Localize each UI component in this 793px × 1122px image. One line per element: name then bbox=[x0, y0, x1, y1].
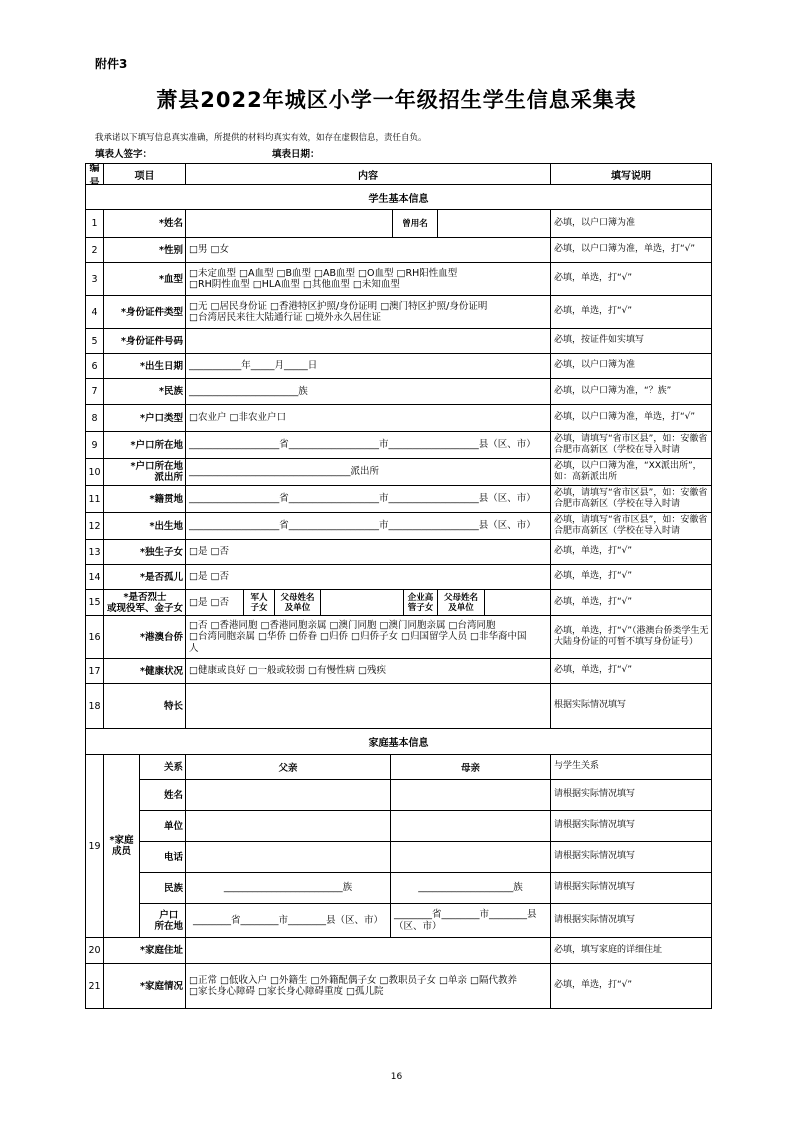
family-hukou-label: 户口 所在地 bbox=[140, 904, 186, 938]
r12-note-text: 必填，请填写“省市区县”，如：安徽省合肥市高新区（学校在导入时请 bbox=[554, 515, 709, 538]
section-student-row: 学生基本信息 bbox=[86, 185, 712, 210]
family-relation-label-text: 关系 bbox=[164, 762, 183, 773]
r17-label-text: *健康状况 bbox=[140, 666, 183, 677]
col-header-note: 填写说明 bbox=[551, 164, 712, 185]
row-8: 8 *户口类型 □农业户 □非农业户口 必填，以户口簿为准，单选，打“√” bbox=[86, 405, 712, 432]
r8-no-text: 8 bbox=[91, 413, 97, 424]
family-unit-label: 单位 bbox=[140, 811, 186, 842]
r10-no-text: 10 bbox=[88, 467, 100, 478]
r4-note: 必填，单选，打“√” bbox=[551, 296, 712, 329]
family-ethnic-note-text: 请根据实际情况填写 bbox=[554, 882, 709, 894]
r21-content: □正常 □低收入户 □外籍生 □外籍配偶子女 □教职员子女 □单亲 □隔代教养 … bbox=[186, 964, 551, 1009]
r14-orphan-options: □是 □否 bbox=[189, 571, 229, 583]
family-ethnic-mother-field: ____________________族 bbox=[391, 873, 551, 904]
r15-military-parent-label: 父母姓名 及单位 bbox=[274, 590, 321, 615]
col-header-content: 内容 bbox=[186, 164, 551, 185]
r9-label: *户口所在地 bbox=[104, 432, 186, 459]
r17-content: □健康或良好 □一般或较弱 □有慢性病 □残疾 bbox=[186, 659, 551, 684]
row-21: 21 *家庭情况 □正常 □低收入户 □外籍生 □外籍配偶子女 □教职员子女 □… bbox=[86, 964, 712, 1009]
family-no: 19 bbox=[86, 755, 104, 938]
r16-note-text: 必填，单选，打“√”（港澳台侨类学生无大陆身份证的可暂不填写身份证号） bbox=[554, 626, 709, 649]
name-blank-field bbox=[186, 210, 392, 237]
r13-no: 13 bbox=[86, 540, 104, 565]
r6-note: 必填，以户口簿为准 bbox=[551, 354, 712, 379]
r15-content: □是 □否 军人 子女 父母姓名 及单位 企业高 管子女 父母姓名 及单位 bbox=[186, 590, 551, 616]
r18-label: 特长 bbox=[104, 684, 186, 729]
row-10: 10 *户口所在地 派出所 __________________________… bbox=[86, 459, 712, 486]
r1-label: *姓名 bbox=[104, 210, 186, 238]
r16-label-text: *港澳台侨 bbox=[140, 632, 183, 643]
family-phone-note: 请根据实际情况填写 bbox=[551, 842, 712, 873]
family-ethnic-note: 请根据实际情况填写 bbox=[551, 873, 712, 904]
r16-label: *港澳台侨 bbox=[104, 616, 186, 659]
r10-content: __________________________________派出所 bbox=[186, 459, 551, 486]
r8-note: 必填，以户口簿为准，单选，打“√” bbox=[551, 405, 712, 432]
r21-note: 必填，单选，打“√” bbox=[551, 964, 712, 1009]
r11-origin-field: ___________________省___________________市… bbox=[189, 493, 536, 505]
row-5: 5 *身份证件号码 必填，按证件如实填写 bbox=[86, 329, 712, 354]
r12-label: *出生地 bbox=[104, 513, 186, 540]
r14-content: □是 □否 bbox=[186, 565, 551, 590]
family-hukou-mother-text: ________省________市________县（区、市） bbox=[394, 909, 548, 932]
r15-military-blank-field bbox=[321, 590, 403, 615]
r14-no: 14 bbox=[86, 565, 104, 590]
r8-note-text: 必填，以户口簿为准，单选，打“√” bbox=[554, 412, 709, 424]
family-unit-note: 请根据实际情况填写 bbox=[551, 811, 712, 842]
r15-military-child-label: 军人 子女 bbox=[243, 590, 274, 615]
family-name-row: 姓名 请根据实际情况填写 bbox=[86, 780, 712, 811]
r11-no-text: 11 bbox=[88, 494, 100, 505]
family-relation-note: 与学生关系 bbox=[551, 755, 712, 780]
r7-no-text: 7 bbox=[91, 386, 97, 397]
r9-hukou-location-field: ___________________省___________________市… bbox=[189, 439, 536, 451]
family-ethnic-father-field: _________________________族 bbox=[186, 873, 391, 904]
r5-no: 5 bbox=[86, 329, 104, 354]
section-family: 家庭基本信息 bbox=[86, 729, 712, 755]
family-hukou-father-field: ________省________市________县（区、市） bbox=[186, 904, 391, 938]
r7-ethnicity-field: _______________________族 bbox=[189, 386, 308, 398]
r6-content: ___________年_____月_____日 bbox=[186, 354, 551, 379]
row-13: 13 *独生子女 □是 □否 必填，单选，打“√” bbox=[86, 540, 712, 565]
r5-note: 必填，按证件如实填写 bbox=[551, 329, 712, 354]
r10-label-text: *户口所在地 派出所 bbox=[131, 461, 183, 483]
family-name-note: 请根据实际情况填写 bbox=[551, 780, 712, 811]
r2-gender-options: □男 □女 bbox=[189, 244, 229, 256]
family-unit-mother-field bbox=[391, 811, 551, 842]
family-hukou-row: 户口 所在地 ________省________市________县（区、市） … bbox=[86, 904, 712, 938]
r11-no: 11 bbox=[86, 486, 104, 513]
r9-content: ___________________省___________________市… bbox=[186, 432, 551, 459]
r21-no: 21 bbox=[86, 964, 104, 1009]
r18-no-text: 18 bbox=[88, 701, 100, 712]
family-label-text: *家庭 成员 bbox=[110, 835, 134, 857]
r10-label: *户口所在地 派出所 bbox=[104, 459, 186, 486]
r9-note-text: 必填，请填写“省市区县”，如：安徽省合肥市高新区（学校在导入时请 bbox=[554, 434, 709, 457]
r13-no-text: 13 bbox=[88, 547, 100, 558]
r11-content: ___________________省___________________市… bbox=[186, 486, 551, 513]
r15-no-text: 15 bbox=[88, 597, 100, 608]
row-9: 9 *户口所在地 ___________________省___________… bbox=[86, 432, 712, 459]
r3-content: □未定血型 □A血型 □B血型 □AB血型 □O血型 □RH阳性血型 □RH阴性… bbox=[186, 263, 551, 296]
r15-no: 15 bbox=[86, 590, 104, 616]
page-number: 16 bbox=[0, 1072, 793, 1082]
family-phone-note-text: 请根据实际情况填写 bbox=[554, 851, 709, 863]
col-header-no: 编号 bbox=[86, 164, 104, 185]
row-1: 1 *姓名 曾用名 必填，以户口簿为准 bbox=[86, 210, 712, 238]
family-hukou-father-text: ________省________市________县（区、市） bbox=[193, 915, 383, 927]
family-hukou-note: 请根据实际情况填写 bbox=[551, 904, 712, 938]
r21-note-text: 必填，单选，打“√” bbox=[554, 980, 709, 992]
r2-label-text: *性别 bbox=[159, 245, 183, 256]
family-phone-mother-field bbox=[391, 842, 551, 873]
r15-note-text: 必填，单选，打“√” bbox=[554, 597, 709, 609]
r15-exec-parent-label: 父母姓名 及单位 bbox=[437, 590, 485, 615]
r18-label-text: 特长 bbox=[164, 701, 183, 712]
col-item-text: 项目 bbox=[135, 167, 155, 182]
fill-date-label: 填表日期： bbox=[272, 146, 320, 160]
r13-label-text: *独生子女 bbox=[140, 547, 183, 558]
header-row: 编号 项目 内容 填写说明 bbox=[86, 164, 712, 185]
section-student: 学生基本信息 bbox=[86, 185, 712, 210]
document-page: 附件3 萧县2022年城区小学一年级招生学生信息采集表 我承诺以下填写信息真实准… bbox=[0, 0, 793, 1122]
family-phone-row: 电话 请根据实际情况填写 bbox=[86, 842, 712, 873]
r6-label-text: *出生日期 bbox=[140, 361, 183, 372]
family-label: *家庭 成员 bbox=[104, 755, 140, 938]
r16-content: □否 □香港同胞 □香港同胞亲属 □澳门同胞 □澳门同胞亲属 □台湾同胞 □台湾… bbox=[186, 616, 551, 659]
r18-note: 根据实际情况填写 bbox=[551, 684, 712, 729]
row-4: 4 *身份证件类型 □无 □居民身份证 □香港特区护照/身份证明 □澳门特区护照… bbox=[86, 296, 712, 329]
row-20: 20 *家庭住址 必填，填写家庭的详细住址 bbox=[86, 938, 712, 964]
r3-label-text: *血型 bbox=[159, 274, 183, 285]
family-name-label-text: 姓名 bbox=[164, 790, 183, 801]
r7-no: 7 bbox=[86, 379, 104, 405]
r2-content: □男 □女 bbox=[186, 238, 551, 263]
r14-label: *是否孤儿 bbox=[104, 565, 186, 590]
col-content-text: 内容 bbox=[358, 167, 378, 182]
row-11: 11 *籍贯地 ___________________省____________… bbox=[86, 486, 712, 513]
r14-label-text: *是否孤儿 bbox=[140, 572, 183, 583]
r14-no-text: 14 bbox=[88, 572, 100, 583]
r3-bloodtype-options: □未定血型 □A血型 □B血型 □AB血型 □O血型 □RH阳性血型 □RH阴性… bbox=[189, 268, 457, 291]
r4-idtype-options: □无 □居民身份证 □香港特区护照/身份证明 □澳门特区护照/身份证明 □台湾居… bbox=[189, 301, 487, 324]
r3-note: 必填，单选，打“√” bbox=[551, 263, 712, 296]
row-12: 12 *出生地 ___________________省____________… bbox=[86, 513, 712, 540]
family-mother-header-text: 母亲 bbox=[461, 760, 480, 774]
r11-note: 必填，请填写“省市区县”，如：安徽省合肥市高新区（学校在导入时请 bbox=[551, 486, 712, 513]
r13-onlychild-options: □是 □否 bbox=[189, 546, 229, 558]
r4-label: *身份证件类型 bbox=[104, 296, 186, 329]
family-hukou-mother-field: ________省________市________县（区、市） bbox=[391, 904, 551, 938]
r1-note-text: 必填，以户口簿为准 bbox=[554, 218, 709, 230]
r10-note-text: 必填，以户口簿为准，“XX派出所”，如：高新派出所 bbox=[554, 461, 709, 484]
r18-note-text: 根据实际情况填写 bbox=[554, 700, 709, 712]
r12-note: 必填，请填写“省市区县”，如：安徽省合肥市高新区（学校在导入时请 bbox=[551, 513, 712, 540]
family-ethnic-row: 民族 _________________________族 __________… bbox=[86, 873, 712, 904]
family-relation-row: 19 *家庭 成员 关系 父亲 母亲 与学生关系 bbox=[86, 755, 712, 780]
r17-no: 17 bbox=[86, 659, 104, 684]
r5-label: *身份证件号码 bbox=[104, 329, 186, 354]
r12-no-text: 12 bbox=[88, 521, 100, 532]
r5-content bbox=[186, 329, 551, 354]
family-name-mother-field bbox=[391, 780, 551, 811]
family-ethnic-label-text: 民族 bbox=[164, 883, 183, 894]
r20-note: 必填，填写家庭的详细住址 bbox=[551, 938, 712, 964]
r13-content: □是 □否 bbox=[186, 540, 551, 565]
r18-no: 18 bbox=[86, 684, 104, 729]
r13-label: *独生子女 bbox=[104, 540, 186, 565]
r7-label: *民族 bbox=[104, 379, 186, 405]
r15-yesno-options: □是 □否 bbox=[186, 590, 243, 615]
r5-note-text: 必填，按证件如实填写 bbox=[554, 335, 709, 347]
col-note-text: 填写说明 bbox=[611, 167, 651, 182]
family-unit-note-text: 请根据实际情况填写 bbox=[554, 820, 709, 832]
family-name-father-field bbox=[186, 780, 391, 811]
r7-note-text: 必填，以户口簿为准，“？族” bbox=[554, 386, 709, 398]
family-phone-label: 电话 bbox=[140, 842, 186, 873]
r1-note: 必填，以户口簿为准 bbox=[551, 210, 712, 238]
row-16: 16 *港澳台侨 □否 □香港同胞 □香港同胞亲属 □澳门同胞 □澳门同胞亲属 … bbox=[86, 616, 712, 659]
r13-note-text: 必填，单选，打“√” bbox=[554, 546, 709, 558]
row-18: 18 特长 根据实际情况填写 bbox=[86, 684, 712, 729]
r3-no: 3 bbox=[86, 263, 104, 296]
r6-birthdate-field: ___________年_____月_____日 bbox=[189, 360, 317, 372]
r1-label-text: *姓名 bbox=[159, 218, 183, 229]
r11-label-text: *籍贯地 bbox=[150, 494, 183, 505]
row-2: 2 *性别 □男 □女 必填，以户口簿为准，单选，打“√” bbox=[86, 238, 712, 263]
pledge-text: 我承诺以下填写信息真实准确，所提供的材料均真实有效，如存在虚假信息，责任自负。 bbox=[95, 131, 427, 143]
family-phone-father-field bbox=[186, 842, 391, 873]
r15-military-child-text: 军人 子女 bbox=[250, 593, 267, 613]
r17-note-text: 必填，单选，打“√” bbox=[554, 665, 709, 677]
r8-no: 8 bbox=[86, 405, 104, 432]
r9-no-text: 9 bbox=[91, 440, 97, 451]
col-header-item: 项目 bbox=[104, 164, 186, 185]
row-6: 6 *出生日期 ___________年_____月_____日 必填，以户口簿… bbox=[86, 354, 712, 379]
r21-familystatus-options: □正常 □低收入户 □外籍生 □外籍配偶子女 □教职员子女 □单亲 □隔代教养 … bbox=[189, 975, 517, 998]
r10-police-station-field: __________________________________派出所 bbox=[189, 466, 379, 478]
family-unit-father-field bbox=[186, 811, 391, 842]
r1-content: 曾用名 bbox=[186, 210, 551, 238]
row-3: 3 *血型 □未定血型 □A血型 □B血型 □AB血型 □O血型 □RH阳性血型… bbox=[86, 263, 712, 296]
r21-no-text: 21 bbox=[88, 981, 100, 992]
family-unit-row: 单位 请根据实际情况填写 bbox=[86, 811, 712, 842]
r12-label-text: *出生地 bbox=[150, 521, 183, 532]
row-15: 15 *是否烈士 或现役军、金子女 □是 □否 军人 子女 父母姓名 及单位 企… bbox=[86, 590, 712, 616]
r2-no-text: 2 bbox=[91, 245, 97, 256]
r2-no: 2 bbox=[86, 238, 104, 263]
family-father-header-text: 父亲 bbox=[278, 760, 297, 774]
r17-label: *健康状况 bbox=[104, 659, 186, 684]
r15-label: *是否烈士 或现役军、金子女 bbox=[104, 590, 186, 616]
r12-content: ___________________省___________________市… bbox=[186, 513, 551, 540]
r15-note: 必填，单选，打“√” bbox=[551, 590, 712, 616]
section-student-text: 学生基本信息 bbox=[369, 190, 429, 205]
r21-label: *家庭情况 bbox=[104, 964, 186, 1009]
r4-label-text: *身份证件类型 bbox=[121, 307, 183, 318]
r6-no-text: 6 bbox=[91, 361, 97, 372]
r2-note: 必填，以户口簿为准，单选，打“√” bbox=[551, 238, 712, 263]
r3-label: *血型 bbox=[104, 263, 186, 296]
r9-no: 9 bbox=[86, 432, 104, 459]
r20-no: 20 bbox=[86, 938, 104, 964]
r8-content: □农业户 □非农业户口 bbox=[186, 405, 551, 432]
r10-note: 必填，以户口簿为准，“XX派出所”，如：高新派出所 bbox=[551, 459, 712, 486]
row-14: 14 *是否孤儿 □是 □否 必填，单选，打“√” bbox=[86, 565, 712, 590]
family-no-text: 19 bbox=[88, 841, 100, 852]
alt-name-label-text: 曾用名 bbox=[402, 219, 428, 229]
family-ethnic-mother-text: ____________________族 bbox=[418, 882, 523, 894]
family-name-note-text: 请根据实际情况填写 bbox=[554, 789, 709, 801]
family-relation-note-text: 与学生关系 bbox=[554, 761, 709, 773]
r15-military-parent-text: 父母姓名 及单位 bbox=[280, 593, 314, 613]
alt-name-blank-field bbox=[438, 210, 550, 237]
r1-no: 1 bbox=[86, 210, 104, 238]
attachment-label: 附件3 bbox=[95, 55, 127, 72]
r14-note: 必填，单选，打“√” bbox=[551, 565, 712, 590]
family-mother-header: 母亲 bbox=[391, 755, 551, 780]
r2-label: *性别 bbox=[104, 238, 186, 263]
r15-yesno-text: □是 □否 bbox=[189, 597, 229, 609]
r4-content: □无 □居民身份证 □香港特区护照/身份证明 □澳门特区护照/身份证明 □台湾居… bbox=[186, 296, 551, 329]
r4-note-text: 必填，单选，打“√” bbox=[554, 306, 709, 318]
r3-no-text: 3 bbox=[91, 274, 97, 285]
family-ethnic-father-text: _________________________族 bbox=[224, 882, 352, 894]
r8-label-text: *户口类型 bbox=[140, 413, 183, 424]
r6-no: 6 bbox=[86, 354, 104, 379]
r10-no: 10 bbox=[86, 459, 104, 486]
r20-label-text: *家庭住址 bbox=[140, 945, 183, 956]
family-phone-label-text: 电话 bbox=[164, 852, 183, 863]
r17-note: 必填，单选，打“√” bbox=[551, 659, 712, 684]
family-relation-label: 关系 bbox=[140, 755, 186, 780]
r11-label: *籍贯地 bbox=[104, 486, 186, 513]
page-title: 萧县2022年城区小学一年级招生学生信息采集表 bbox=[0, 84, 793, 114]
r7-content: _______________________族 bbox=[186, 379, 551, 405]
r4-no-text: 4 bbox=[91, 307, 97, 318]
r16-note: 必填，单选，打“√”（港澳台侨类学生无大陆身份证的可暂不填写身份证号） bbox=[551, 616, 712, 659]
r20-note-text: 必填，填写家庭的详细住址 bbox=[554, 945, 709, 957]
r8-label: *户口类型 bbox=[104, 405, 186, 432]
r16-no-text: 16 bbox=[88, 632, 100, 643]
r15-exec-child-label: 企业高 管子女 bbox=[403, 590, 437, 615]
alt-name-label-cell: 曾用名 bbox=[392, 210, 438, 237]
r17-health-options: □健康或良好 □一般或较弱 □有慢性病 □残疾 bbox=[189, 665, 386, 677]
r2-note-text: 必填，以户口簿为准，单选，打“√” bbox=[554, 244, 709, 256]
r12-no: 12 bbox=[86, 513, 104, 540]
signer-label: 填表人签字： bbox=[95, 146, 152, 160]
family-hukou-label-text: 户口 所在地 bbox=[154, 910, 183, 932]
family-unit-label-text: 单位 bbox=[164, 821, 183, 832]
r5-label-text: *身份证件号码 bbox=[121, 336, 183, 347]
r7-note: 必填，以户口簿为准，“？族” bbox=[551, 379, 712, 405]
r16-overseas-options: □否 □香港同胞 □香港同胞亲属 □澳门同胞 □澳门同胞亲属 □台湾同胞 □台湾… bbox=[189, 620, 526, 655]
family-ethnic-label: 民族 bbox=[140, 873, 186, 904]
r20-label: *家庭住址 bbox=[104, 938, 186, 964]
r13-note: 必填，单选，打“√” bbox=[551, 540, 712, 565]
section-family-row: 家庭基本信息 bbox=[86, 729, 712, 755]
r7-label-text: *民族 bbox=[159, 386, 183, 397]
r15-exec-parent-text: 父母姓名 及单位 bbox=[444, 593, 478, 613]
r12-birthplace-field: ___________________省___________________市… bbox=[189, 520, 536, 532]
r16-no: 16 bbox=[86, 616, 104, 659]
r6-note-text: 必填，以户口簿为准 bbox=[554, 360, 709, 372]
r9-label-text: *户口所在地 bbox=[131, 440, 183, 451]
r15-exec-blank-field bbox=[485, 590, 550, 615]
r6-label: *出生日期 bbox=[104, 354, 186, 379]
r15-label-text: *是否烈士 或现役军、金子女 bbox=[107, 592, 183, 614]
section-family-text: 家庭基本信息 bbox=[369, 734, 429, 749]
r1-no-text: 1 bbox=[91, 218, 97, 229]
form-table: 编号 项目 内容 填写说明 学生基本信息 1 *姓名 曾用名 必填，以户口簿为准 bbox=[85, 163, 712, 1009]
family-name-label: 姓名 bbox=[140, 780, 186, 811]
row-17: 17 *健康状况 □健康或良好 □一般或较弱 □有慢性病 □残疾 必填，单选，打… bbox=[86, 659, 712, 684]
r17-no-text: 17 bbox=[88, 666, 100, 677]
family-hukou-note-text: 请根据实际情况填写 bbox=[554, 915, 709, 927]
family-father-header: 父亲 bbox=[186, 755, 391, 780]
r14-note-text: 必填，单选，打“√” bbox=[554, 571, 709, 583]
r11-note-text: 必填，请填写“省市区县”，如：安徽省合肥市高新区（学校在导入时请 bbox=[554, 488, 709, 511]
r9-note: 必填，请填写“省市区县”，如：安徽省合肥市高新区（学校在导入时请 bbox=[551, 432, 712, 459]
col-no-text: 编号 bbox=[86, 164, 103, 184]
row-7: 7 *民族 _______________________族 必填，以户口簿为准… bbox=[86, 379, 712, 405]
r4-no: 4 bbox=[86, 296, 104, 329]
r21-label-text: *家庭情况 bbox=[140, 981, 183, 992]
r5-no-text: 5 bbox=[91, 336, 97, 347]
r20-no-text: 20 bbox=[88, 945, 100, 956]
r8-hukoutype-options: □农业户 □非农业户口 bbox=[189, 412, 286, 424]
r20-content bbox=[186, 938, 551, 964]
r3-note-text: 必填，单选，打“√” bbox=[554, 273, 709, 285]
r15-exec-child-text: 企业高 管子女 bbox=[408, 593, 434, 613]
r18-content bbox=[186, 684, 551, 729]
